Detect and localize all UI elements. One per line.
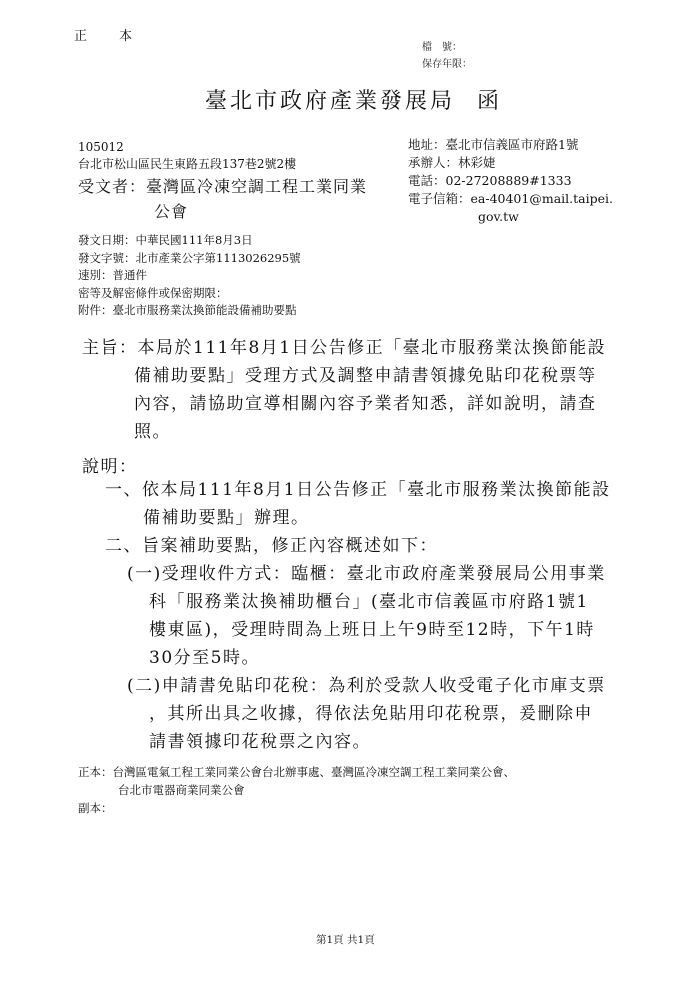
retention-period-label: 保存年限： [422,55,472,70]
document-number: 發文字號：北市產業公字第1113026295號 [78,250,301,268]
subject-line: 內容，請協助宣導相關內容予業者知悉，詳如說明，請查 [82,390,606,418]
subject-line: 照。 [82,418,606,446]
sender-email: 電子信箱：ea-40401@mail.taipei. [408,190,613,208]
recipient: 受文者：臺灣區冷凍空調工程工業同業 [78,176,367,198]
explanation-subitem-1-line: 樓東區)，受理時間為上班日上午9時至12時，下午1時 [105,616,611,644]
original-recipients-continued: 台北市電器商業同業公會 [78,781,515,799]
explanation-subitem-1-line: 30分至5時。 [105,644,611,672]
archive-number-label: 檔 號： [422,38,462,53]
postal-code: 105012 [78,139,124,155]
explanation-label: 說明： [82,452,138,477]
subject-label: 主旨： [82,338,138,358]
secrecy-level: 密等及解密條件或保密期限： [78,285,301,303]
document-meta: 發文日期：中華民國111年8月3日 發文字號：北市產業公字第1113026295… [78,232,301,320]
explanation-item-1-continued: 備補助要點」辦理。 [105,504,611,532]
recipient-label: 受文者： [78,177,146,196]
explanation-subitem-1-line: 科「服務業汰換補助櫃台」(臺北市信義區市府路1號1 [105,588,611,616]
explanation-subitem-2-line: ，其所出具之收據，得依法免貼用印花稅票，爰刪除申 [105,700,611,728]
recipient-address: 台北市松山區民生東路五段137巷2號2樓 [78,156,296,172]
original-recipients: 正本：台灣區電氣工程工業同業公會台北辦事處、臺灣區冷凍空調工程工業同業公會、 [78,763,515,781]
explanation-item-1: 一、依本局111年8月1日公告修正「臺北市服務業汰換節能設 [105,476,611,504]
document-title: 臺北市政府產業發展局函 [205,84,502,115]
explanation-subitem-2: (二)申請書免貼印花稅：為利於受款人收受電子化市庫支票 [105,672,611,700]
copy-recipients: 副本： [78,799,515,817]
page-indicator: 第1頁 共1頁 [316,932,375,947]
sender-phone: 電話：02-27208889#1333 [408,172,613,190]
issue-date: 發文日期：中華民國111年8月3日 [78,232,301,250]
delivery-speed: 速別：普通件 [78,267,301,285]
subject-section: 主旨：本局於111年8月1日公告修正「臺北市服務業汰換節能設 備補助要點」受理方… [82,334,606,446]
sender-contact: 承辦人：林彩婕 [408,154,613,172]
sender-address: 地址：臺北市信義區市府路1號 [408,136,613,154]
explanation-subitem-1: (一)受理收件方式：臨櫃：臺北市政府產業發展局公用事業 [105,560,611,588]
copy-mark: 正 本 [74,25,146,44]
sender-email-continued: gov.tw [408,208,613,226]
attachment: 附件：臺北市服務業汰換節能設備補助要點 [78,302,301,320]
recipient-name: 臺灣區冷凍空調工程工業同業 [146,177,367,196]
subject-line: 本局於111年8月1日公告修正「臺北市服務業汰換節能設 [138,338,607,358]
sender-info: 地址：臺北市信義區市府路1號 承辦人：林彩婕 電話：02-27208889#13… [408,136,613,226]
subject-line: 備補助要點」受理方式及調整申請書領據免貼印花稅票等 [82,362,606,390]
explanation-item-2: 二、旨案補助要點，修正內容概述如下： [105,532,611,560]
distribution-list: 正本：台灣區電氣工程工業同業公會台北辦事處、臺灣區冷凍空調工程工業同業公會、 台… [78,763,515,817]
recipient-name-continued: 公會 [154,199,188,222]
explanation-section: 一、依本局111年8月1日公告修正「臺北市服務業汰換節能設 備補助要點」辦理。 … [105,476,611,756]
issuing-agency: 臺北市政府產業發展局 [205,89,455,114]
explanation-subitem-2-line: 請書領據印花稅票之內容。 [105,728,611,756]
document-type: 函 [477,89,502,114]
